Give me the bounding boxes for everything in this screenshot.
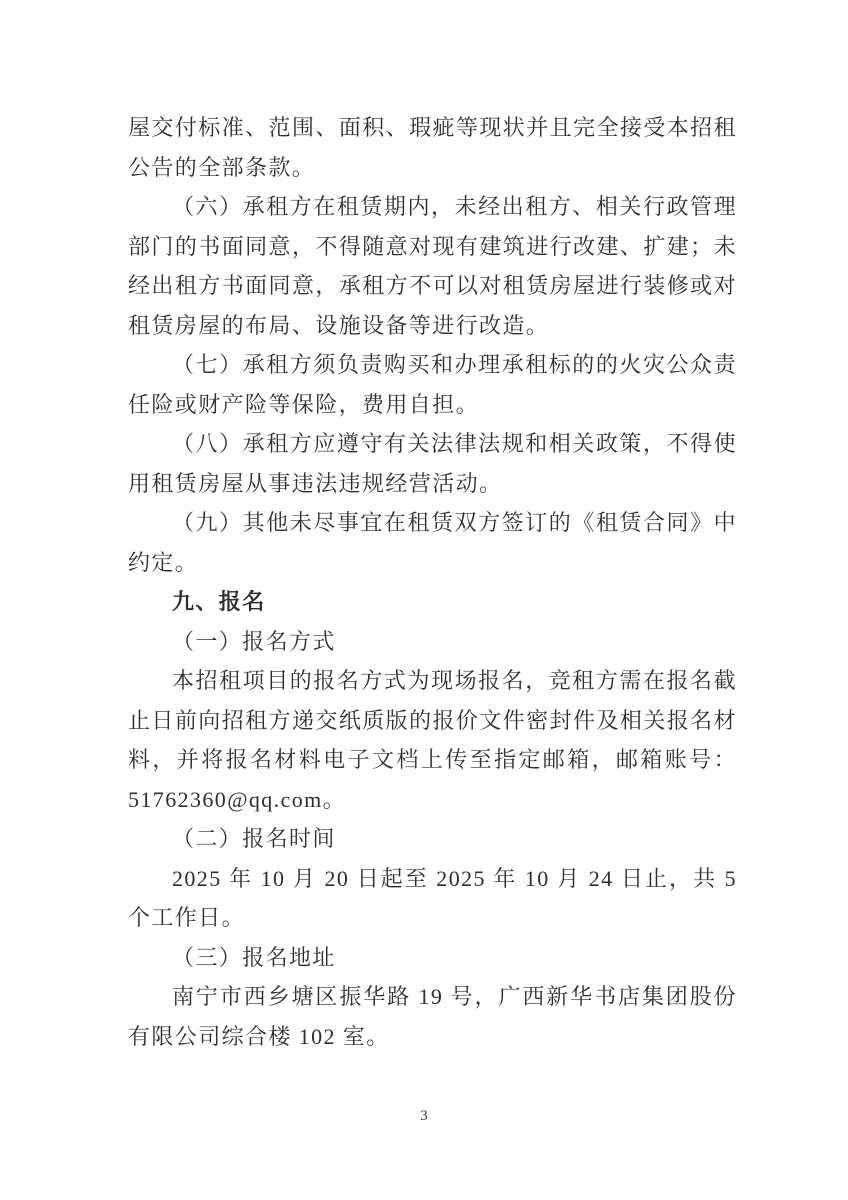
paragraph-reg-time-body: 2025 年 10 月 20 日起至 2025 年 10 月 24 日止，共 5… [128,859,737,938]
paragraph-clause-six: （六）承租方在租赁期内，未经出租方、相关行政管理部门的书面同意，不得随意对现有建… [128,187,737,345]
paragraph-reg-method-title: （一）报名方式 [128,622,737,662]
paragraph-clause-nine: （九）其他未尽事宜在租赁双方签订的《租赁合同》中约定。 [128,503,737,582]
paragraph-reg-method-body: 本招租项目的报名方式为现场报名，竞租方需在报名截止日前向招租方递交纸质版的报价文… [128,661,737,819]
paragraph-reg-address-body: 南宁市西乡塘区振华路 19 号，广西新华书店集团股份有限公司综合楼 102 室。 [128,977,737,1056]
paragraph-reg-time-title: （二）报名时间 [128,819,737,859]
document-body: 屋交付标准、范围、面积、瑕疵等现状并且完全接受本招租公告的全部条款。 （六）承租… [128,108,737,1056]
document-page: 屋交付标准、范围、面积、瑕疵等现状并且完全接受本招租公告的全部条款。 （六）承租… [0,0,848,1200]
paragraph-clause-eight: （八）承租方应遵守有关法律法规和相关政策，不得使用租赁房屋从事违法违规经营活动。 [128,424,737,503]
paragraph-house-condition: 屋交付标准、范围、面积、瑕疵等现状并且完全接受本招租公告的全部条款。 [128,108,737,187]
paragraph-clause-seven: （七）承租方须负责购买和办理承租标的的火灾公众责任险或财产险等保险，费用自担。 [128,345,737,424]
page-number: 3 [0,1108,848,1125]
paragraph-reg-address-title: （三）报名地址 [128,938,737,978]
section-heading-registration: 九、报名 [128,582,737,622]
